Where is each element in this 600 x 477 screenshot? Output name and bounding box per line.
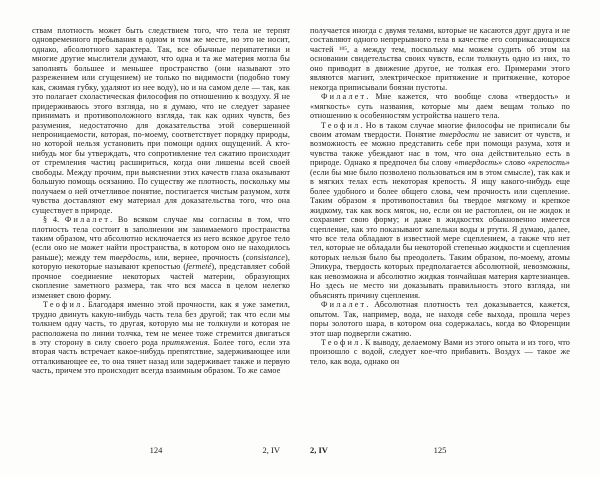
paragraph: § 4. Филалет. Во всяком случае мы соглас… [32, 215, 290, 300]
page-footer: 2, IV 125 [310, 445, 570, 456]
paragraph: получается иногда с двумя телами, которы… [310, 26, 570, 92]
paragraph: Филалет. Мне кажется, что вообще слова «… [310, 92, 570, 120]
paragraph: Филалет. Абсолютная плотность тел доказы… [310, 300, 570, 338]
page-footer: 124 2, IV [32, 445, 280, 456]
paragraph: Теофил. К выводу, делаемому Вами из этог… [310, 338, 570, 366]
paragraph: Теофил. Благодаря именно этой прочности,… [32, 300, 290, 376]
page-text: ствам плотность может быть следствием то… [32, 26, 290, 376]
page-text: получается иногда с двумя телами, которы… [310, 26, 570, 366]
page-left: ствам плотность может быть следствием то… [0, 0, 300, 477]
signature-mark: 2, IV [263, 445, 280, 456]
page-number: 124 [32, 445, 280, 456]
paragraph: ствам плотность может быть следствием то… [32, 26, 290, 215]
paragraph: Теофил. Но в таком случае многие философ… [310, 121, 570, 301]
page-right: получается иногда с двумя телами, которы… [300, 0, 600, 477]
page-number: 125 [310, 445, 570, 456]
book-spread: ствам плотность может быть следствием то… [0, 0, 600, 477]
